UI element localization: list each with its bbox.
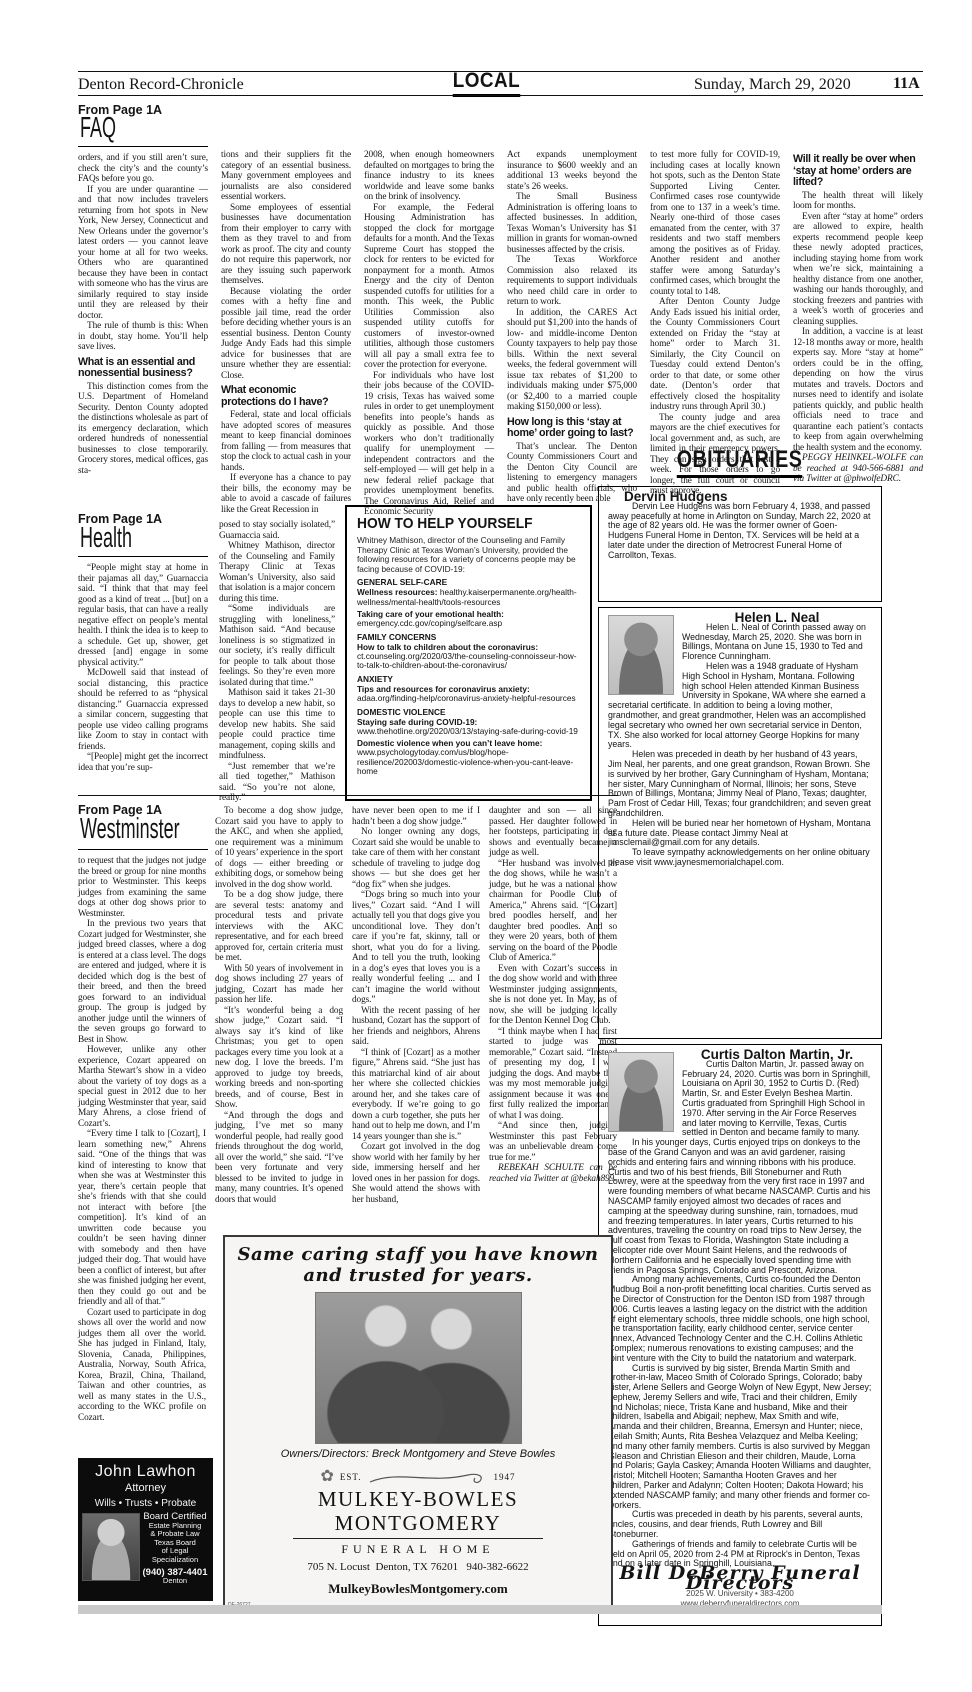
paragraph: In addition, the CARES Act should put $1… xyxy=(507,308,637,413)
paragraph: Dervin Lee Hudgens was born February 4, … xyxy=(608,502,872,561)
paragraph: to test more fully for COVID-19, includi… xyxy=(650,150,780,297)
funeral-home-address-line: 705 N. Locust Denton, TX 76201 940-382-6… xyxy=(225,1561,611,1573)
obituaries-section: OBITUARIES Dervin Hudgens Dervin Lee Hud… xyxy=(598,446,882,1631)
paragraph: For example, the Federal Housing Adminis… xyxy=(364,203,494,371)
attorney-name: John Lawhon xyxy=(78,1463,213,1481)
paragraph: “Some individuals are struggling with lo… xyxy=(219,604,335,688)
help-box-title: HOW TO HELP YOURSELF xyxy=(357,515,562,532)
paragraph: For individuals who have lost their jobs… xyxy=(364,371,494,518)
article-subhead: What is an essential and nonessential bu… xyxy=(78,357,208,380)
faq-column-6: Will it really be over when ‘stay at hom… xyxy=(793,150,923,485)
paragraph: If everyone has a chance to pay their bi… xyxy=(221,473,351,515)
faq-headline-rule xyxy=(78,146,208,147)
paragraph: Federal, state and local officials have … xyxy=(221,410,351,473)
obituary-helen-neal: Helen L. Neal Helen L. Neal of Corinth p… xyxy=(598,607,882,1039)
helen-neal-photo xyxy=(608,615,674,695)
section-title: LOCAL xyxy=(452,69,519,97)
paragraph: “[People] might get the incorrect idea t… xyxy=(78,752,208,773)
paragraph: posed to stay socially isolated,” Guarna… xyxy=(219,520,335,541)
faq-column-5: to test more fully for COVID-19, includi… xyxy=(650,150,780,497)
ad-divider-rule xyxy=(293,1538,543,1539)
page-number: 11A xyxy=(893,75,920,93)
paragraph: Helen was preceded in death by her husba… xyxy=(608,750,872,819)
paragraph: Whitney Mathison, director of the Counse… xyxy=(219,541,335,604)
health-headline-rule xyxy=(78,556,208,557)
paragraph: “People might stay at home in their paja… xyxy=(78,563,208,668)
paragraph: “And through the dogs and judging, I’ve … xyxy=(215,1111,343,1206)
westminster-column-2: To become a dog show judge, Cozart said … xyxy=(215,806,343,1205)
paragraph: With the recent passing of her husband, … xyxy=(352,1006,480,1048)
paragraph: If you are under quarantine — and that n… xyxy=(78,185,208,322)
help-yourself-box: HOW TO HELP YOURSELF Whitney Mathison, d… xyxy=(345,505,592,801)
article-subhead: How long is this ‘stay at home’ order go… xyxy=(507,417,637,440)
paragraph: This distinction comes from the U.S. Dep… xyxy=(78,382,208,477)
paragraph: The health threat will likely loom for m… xyxy=(793,191,923,212)
attorney-ad-bottom: Board Certified Estate Planning & Probat… xyxy=(78,1513,213,1586)
faq-headline: FAQ xyxy=(80,113,138,143)
paragraph: “Dogs bring so much into your lives,” Co… xyxy=(352,890,480,1006)
paragraph: Because violating the order comes with a… xyxy=(221,287,351,382)
curtis-martin-photo xyxy=(608,1052,674,1132)
ad-banner-text: Same caring staff you have known and tru… xyxy=(225,1244,611,1286)
obituary-body: Dervin Lee Hudgens was born February 4, … xyxy=(608,502,872,561)
page-bottom-scan-strip xyxy=(78,1605,882,1614)
paragraph: GENERAL SELF-CARE xyxy=(357,577,580,587)
paragraph: After Denton County Judge Andy Eads issu… xyxy=(650,297,780,413)
paragraph: Some employees of essential businesses h… xyxy=(221,203,351,287)
paragraph: “I think of [Cozart] as a mother figure,… xyxy=(352,1048,480,1143)
issue-date: Sunday, March 29, 2020 xyxy=(694,76,851,94)
faq-column-3: 2008, when enough homeowners defaulted o… xyxy=(364,150,494,518)
paragraph: Helen will be buried near her hometown o… xyxy=(608,819,872,848)
owners-caption: Owners/Directors: Breck Montgomery and S… xyxy=(225,1448,611,1460)
flourish-icon xyxy=(368,1468,488,1486)
paragraph: Cozart got involved in the dog show worl… xyxy=(352,1142,480,1205)
obituary-dervin-hudgens: Dervin Hudgens Dervin Lee Hudgens was bo… xyxy=(598,486,882,602)
paragraph: With 50 years of involvement in dog show… xyxy=(215,964,343,1006)
paragraph: In the previous two years that Cozart ju… xyxy=(78,919,206,1045)
est-label: EST. xyxy=(340,1472,362,1482)
westminster-headline-rule xyxy=(78,849,208,850)
paragraph: orders, and if you still aren’t sure, ch… xyxy=(78,153,208,185)
westminster-column-3: have never been open to me if I hadn’t b… xyxy=(352,806,480,1205)
paragraph: “It’s wonderful being a dog show judge,”… xyxy=(215,1006,343,1111)
paragraph: Mathison said it takes 21-30 days to dev… xyxy=(219,688,335,762)
certification-lines: Estate Planning & Probate Law Texas Boar… xyxy=(140,1522,210,1565)
paragraph: How to talk to children about the corona… xyxy=(357,643,580,671)
paragraph: 2008, when enough homeowners defaulted o… xyxy=(364,150,494,203)
paragraph: to request that the judges not judge the… xyxy=(78,856,206,919)
faq-column-1: orders, and if you still aren’t sure, ch… xyxy=(78,153,208,476)
funeral-home-address: 2025 W. University • 383-4200 xyxy=(608,1589,872,1599)
paragraph: FAMILY CONCERNS xyxy=(357,632,580,642)
attorney-title: Attorney xyxy=(78,1482,213,1494)
header-bottom-rule xyxy=(78,95,923,96)
paragraph: In addition, a vaccine is at least 12-18… xyxy=(793,327,923,453)
paragraph: The Small Business Administration is off… xyxy=(507,192,637,255)
paragraph: To leave sympathy acknowledgements on he… xyxy=(608,848,872,868)
paragraph: To become a dog show judge, Cozart said … xyxy=(215,806,343,890)
paragraph: McDowell said that instead of social dis… xyxy=(78,668,208,752)
paragraph: No longer owning any dogs, Cozart said s… xyxy=(352,827,480,890)
faq-column-2: tions and their suppliers fit the catego… xyxy=(221,150,351,515)
funeral-home-type: FUNERAL HOME xyxy=(225,1542,611,1557)
owners-photo xyxy=(315,1292,522,1444)
paragraph: Among many achievements, Curtis co-found… xyxy=(608,1275,872,1363)
mulkey-bowles-ad: Same caring staff you have known and tru… xyxy=(223,1235,613,1612)
paragraph: have never been open to me if I hadn’t b… xyxy=(352,806,480,827)
article-subhead: Will it really be over when ‘stay at hom… xyxy=(793,154,923,189)
paragraph: Curtis is survived by big sister, Brenda… xyxy=(608,1364,872,1511)
paragraph: Domestic violence when you can’t leave h… xyxy=(357,739,580,777)
paragraph: Tips and resources for coronavirus anxie… xyxy=(357,685,580,704)
obituary-curtis-martin: Curtis Dalton Martin, Jr. Curtis Dalton … xyxy=(598,1044,882,1626)
paragraph: Cozart used to participate in dog shows … xyxy=(78,1308,206,1424)
help-box-resources: GENERAL SELF-CAREWellness resources: hea… xyxy=(357,577,580,776)
paragraph: The Texas Workforce Commission also rela… xyxy=(507,255,637,308)
attorney-city: Denton xyxy=(140,1577,210,1586)
paragraph: Staying safe during COVID-19: www.thehot… xyxy=(357,718,580,737)
john-lawhon-ad: John Lawhon Attorney Wills • Trusts • Pr… xyxy=(78,1458,213,1601)
paragraph: Even after “stay at home” orders are all… xyxy=(793,212,923,328)
paragraph: The rule of thumb is this: When in doubt… xyxy=(78,321,208,353)
paragraph: Curtis was preceded in death by his pare… xyxy=(608,1510,872,1539)
john-lawhon-photo xyxy=(82,1513,140,1581)
paragraph: Act expands unemployment insurance to $6… xyxy=(507,150,637,192)
newspaper-page: Denton Record-Chronicle LOCAL Sunday, Ma… xyxy=(0,0,972,1692)
paragraph: “Just remember that we’re all tied toget… xyxy=(219,762,335,804)
established-line: ✿ EST. 1947 xyxy=(225,1468,611,1486)
paragraph: “Every time I talk to [Cozart], I learn … xyxy=(78,1129,206,1308)
paragraph: DOMESTIC VIOLENCE xyxy=(357,707,580,717)
funeral-home-signature: Bill DeBerry Funeral Directors xyxy=(608,1569,872,1589)
funeral-home-website-line: MulkeyBowlesMontgomery.com xyxy=(225,1581,611,1597)
funeral-home-name-line2: MONTGOMERY xyxy=(225,1512,611,1534)
obituaries-header: OBITUARIES xyxy=(598,446,882,478)
attorney-credentials: Board Certified Estate Planning & Probat… xyxy=(140,1513,213,1586)
paragraph: tions and their suppliers fit the catego… xyxy=(221,150,351,203)
article-subhead: What economic protections do I have? xyxy=(221,385,351,408)
paragraph: To be a dog show judge, there are severa… xyxy=(215,890,343,964)
attorney-services: Wills • Trusts • Probate xyxy=(78,1498,213,1509)
health-column-2: posed to stay socially isolated,” Guarna… xyxy=(219,520,335,804)
health-column-1: “People might stay at home in their paja… xyxy=(78,563,208,773)
health-headline: Health xyxy=(80,523,164,553)
funeral-home-name-line1: MULKEY-BOWLES xyxy=(225,1488,611,1510)
paragraph: ANXIETY xyxy=(357,674,580,684)
obituary-body: Curtis Dalton Martin, Jr. passed away on… xyxy=(608,1060,872,1569)
paragraph: However, unlike any other experience, Co… xyxy=(78,1045,206,1129)
westminster-section-rule xyxy=(78,795,618,796)
est-year: 1947 xyxy=(494,1472,516,1482)
help-box-intro: Whitney Mathison, director of the Counse… xyxy=(357,536,580,574)
paragraph: In his younger days, Curtis enjoyed trip… xyxy=(608,1138,872,1275)
magnolia-flower-icon: ✿ xyxy=(321,1469,334,1485)
paragraph: Taking care of your emotional health: em… xyxy=(357,610,580,629)
westminster-column-1: to request that the judges not judge the… xyxy=(78,856,206,1423)
paragraph: Wellness resources: healthy.kaiserperman… xyxy=(357,588,580,607)
